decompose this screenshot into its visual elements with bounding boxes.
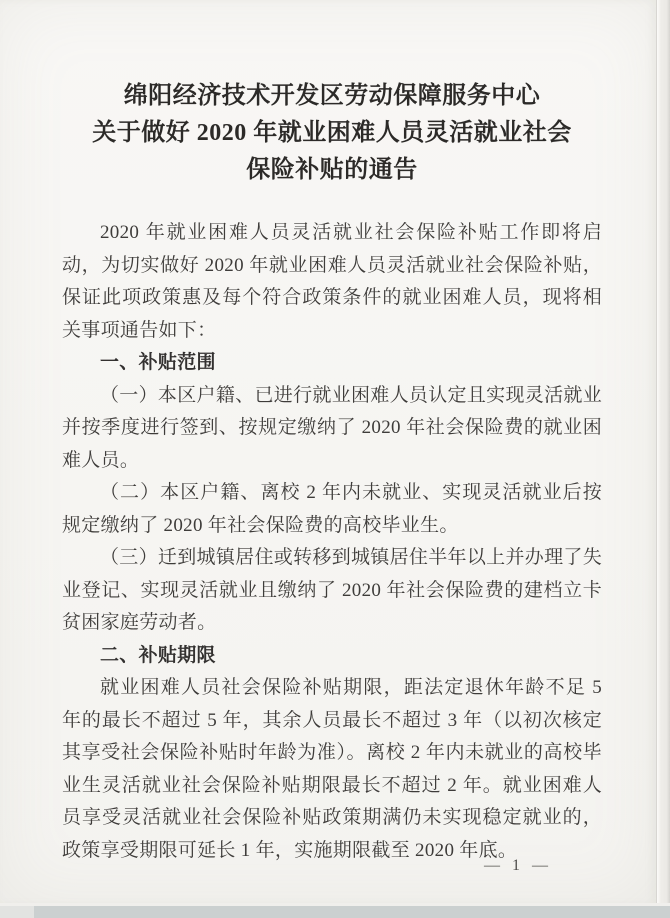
section-1-item-1: （一）本区户籍、已进行就业困难人员认定且实现灵活就业并按季度进行签到、按规定缴纳… [62,380,602,478]
section-2-heading: 二、补贴期限 [62,640,602,673]
section-1-item-2: （二）本区户籍、离校 2 年内未就业、实现灵活就业后按规定缴纳了 2020 年社… [62,477,602,542]
page-edge-strip [656,0,670,905]
document-body: 2020 年就业困难人员灵活就业社会保险补贴工作即将启动，为切实做好 2020 … [62,217,602,867]
scanned-document-viewport: 绵阳经济技术开发区劳动保障服务中心 关于做好 2020 年就业困难人员灵活就业社… [0,0,670,918]
document-title-line-1: 绵阳经济技术开发区劳动保障服务中心 [62,78,602,115]
scan-bed-band [0,906,670,918]
document-content: 绵阳经济技术开发区劳动保障服务中心 关于做好 2020 年就业困难人员灵活就业社… [62,0,602,867]
section-1-item-3: （三）迁到城镇居住或转移到城镇居住半年以上并办理了失业登记、实现灵活就业且缴纳了… [62,542,602,640]
intro-paragraph: 2020 年就业困难人员灵活就业社会保险补贴工作即将启动，为切实做好 2020 … [62,217,602,347]
scan-bed-band-left-segment [0,906,34,918]
document-title-line-2: 关于做好 2020 年就业困难人员灵活就业社会 [62,115,602,152]
section-2-paragraph: 就业困难人员社会保险补贴期限，距法定退休年龄不足 5 年的最长不超过 5 年，其… [62,672,602,867]
document-title: 绵阳经济技术开发区劳动保障服务中心 关于做好 2020 年就业困难人员灵活就业社… [62,78,602,189]
document-title-line-3: 保险补贴的通告 [62,152,602,189]
section-1-heading: 一、补贴范围 [62,347,602,380]
page-number: — 1 — [484,857,552,875]
